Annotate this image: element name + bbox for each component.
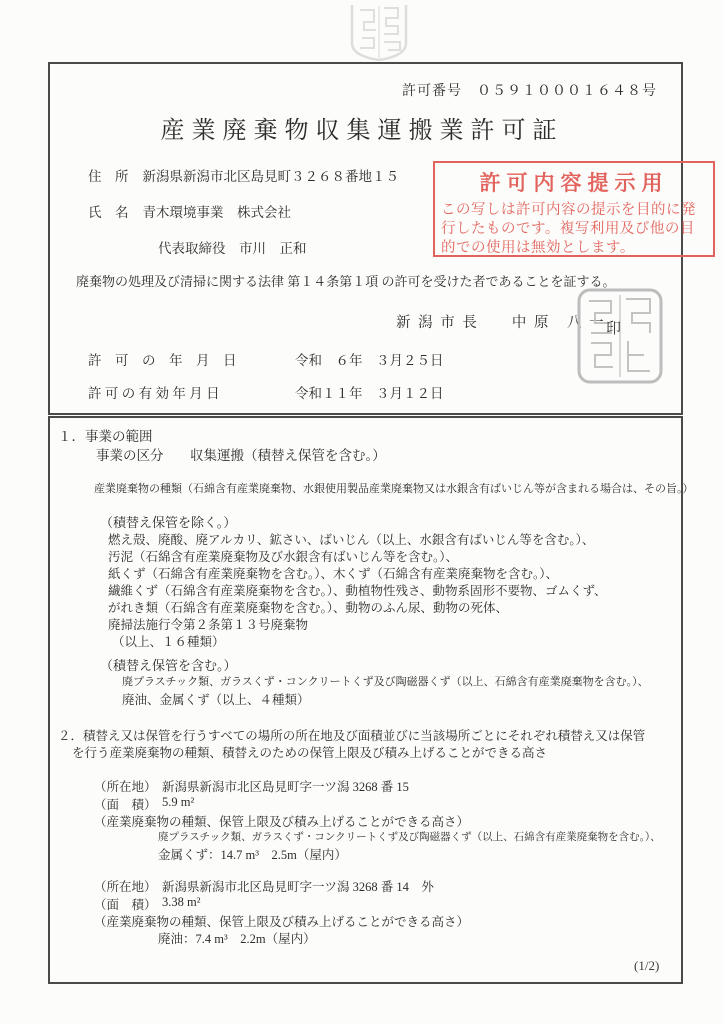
waste-line: 廃掃法施行令第２条第１３号廃棄物 bbox=[108, 615, 308, 633]
notice-box: 許可内容提示用 この写しは許可内容の提示を目的に発行したものです。複写利用及び他… bbox=[433, 161, 715, 257]
document-title: 産業廃棄物収集運搬業許可証 bbox=[0, 110, 724, 145]
permit-number: 許可番号 ０５９１０００１６４８号 bbox=[402, 80, 657, 100]
section2-heading-line1: ２．積替え又は保管を行うすべての場所の所在地及び面積並びに当該場所ごとにそれぞれ… bbox=[58, 726, 645, 744]
location-area-label: （面 積） bbox=[94, 795, 157, 813]
company-name-value: 青木環境事業 株式会社 bbox=[143, 205, 292, 220]
notice-body: この写しは許可内容の提示を目的に発行したものです。複写利用及び他の目的での使用は… bbox=[441, 201, 707, 258]
validity-date-value: 令和１１年 ３月１２日 bbox=[295, 382, 444, 402]
including-storage-label: （積替え保管を含む。） bbox=[100, 655, 237, 674]
page-indicator: (1/2) bbox=[634, 958, 659, 974]
waste-line: 繊維くず（石綿含有産業廃棄物を含む。）、動植物性残さ、動物系固形不要物、ゴムくず… bbox=[108, 581, 607, 599]
address-value: 新潟県新潟市北区島見町３２６８番地１５ bbox=[143, 169, 400, 184]
storage-detail-label: （産業廃棄物の種類、保管上限及び積み上げることができる高さ） bbox=[94, 812, 469, 830]
certification-statement: 廃棄物の処理及び清掃に関する法律 第１４条第１項 の許可を受けた者であることを証… bbox=[76, 271, 616, 290]
permit-date-label: 許 可 の 年 月 日 bbox=[88, 349, 237, 369]
seal-char: 印 bbox=[606, 317, 621, 338]
waste-line: 汚泥（石綿含有産業廃棄物及び水銀含有ばいじん等を含む。）、 bbox=[108, 547, 458, 565]
company-name-label: 氏 名 bbox=[88, 205, 129, 220]
location-address: 新潟県新潟市北区島見町字一ツ潟 3268 番 14 外 bbox=[162, 877, 434, 895]
location-address: 新潟県新潟市北区島見町字一ツ潟 3268 番 15 bbox=[162, 777, 409, 795]
storage-detail-line: 廃プラスチック類、ガラスくず・コンクリートくず及び陶磁器くず（以上、石綿含有産業… bbox=[158, 829, 661, 844]
location-area-label: （面 積） bbox=[94, 895, 157, 913]
storage-detail-label: （産業廃棄物の種類、保管上限及び積み上げることができる高さ） bbox=[94, 912, 469, 930]
location-address-label: （所在地） bbox=[94, 777, 157, 795]
section2-heading-line2: を行う産業廃棄物の種類、積替えのための保管上限及び積み上げることができる高さ bbox=[72, 743, 547, 761]
including-waste-line: 廃プラスチック類、ガラスくず・コンクリートくず及び陶磁器くず（以上、石綿含有産業… bbox=[122, 673, 649, 689]
excluding-storage-label: （積替え保管を除く。） bbox=[100, 512, 236, 531]
location-address-label: （所在地） bbox=[94, 877, 157, 895]
waste-types-heading: 産業廃棄物の種類（石綿含有産業廃棄物、水銀使用製品産業廃棄物又は水銀含有ばいじん… bbox=[94, 480, 694, 496]
storage-detail-line: 廃油：7.4 m³ 2.2m（屋内） bbox=[158, 929, 316, 947]
waste-line: 紙くず（石綿含有産業廃棄物を含む。）、木くず（石綿含有産業廃棄物を含む。）、 bbox=[108, 564, 558, 582]
including-waste-line: 廃油、金属くず（以上、４種類） bbox=[122, 690, 310, 708]
validity-date-label: 許 可 の 有 効 年 月 日 bbox=[88, 382, 220, 402]
top-watermark-seal-icon bbox=[336, 4, 422, 66]
address-label: 住 所 bbox=[88, 169, 129, 184]
business-category-label: 事業の区分 bbox=[96, 444, 164, 464]
location-area-value: 3.38 m² bbox=[162, 895, 200, 910]
representative-line: 代表取締役 市川 正和 bbox=[158, 237, 307, 257]
company-name-row: 氏 名青木環境事業 株式会社 bbox=[88, 201, 291, 221]
location-area-value: 5.9 m² bbox=[162, 795, 194, 810]
address-row: 住 所新潟県新潟市北区島見町３２６８番地１５ bbox=[88, 165, 399, 185]
issuer-title-name: 新 潟 市 長 中 原 八 一 bbox=[396, 311, 606, 332]
waste-line: 燃え殻、廃酸、廃アルカリ、鉱さい、ばいじん（以上、水銀含有ばいじん等を含む。）、 bbox=[108, 530, 594, 548]
waste-line: （以上、１６種類） bbox=[112, 632, 225, 650]
business-category-value: 収集運搬（積替え保管を含む。） bbox=[190, 444, 386, 464]
permit-date-value: 令和 ６年 ３月２５日 bbox=[295, 349, 444, 369]
waste-line: がれき類（石綿含有産業廃棄物を含む。）、動物のふん尿、動物の死体、 bbox=[108, 598, 508, 616]
scanned-permit-document: 許可番号 ０５９１０００１６４８号 産業廃棄物収集運搬業許可証 住 所新潟県新潟… bbox=[0, 0, 724, 1024]
storage-detail-line: 金属くず：14.7 m³ 2.5m（屋内） bbox=[158, 845, 347, 863]
section1-heading: １．事業の範囲 bbox=[58, 425, 153, 445]
notice-title: 許可内容提示用 bbox=[441, 167, 707, 197]
